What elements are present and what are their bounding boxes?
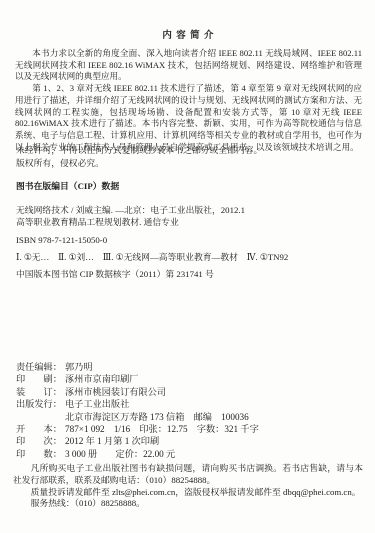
content-summary-title: 内 容 简 介 [15,27,362,41]
service-info-section: 凡所购买电子工业出版社图书有缺损问题，请向购买书店调换。若书店售缺，请与本社发行… [13,463,363,510]
printer-value: 涿州市京南印刷厂 [65,374,139,384]
cip-title-author-line: 无线网络技术 / 刘威主编. —北京：电子工业出版社，2012.1 [16,204,362,217]
editor-row: 责任编辑：郭乃明 [16,361,362,373]
binder-row: 装 订：涿州市桃园装订有限公司 [16,386,362,398]
printer-label: 印 刷： [16,373,65,385]
print-quantity-value: 3 000 册 定价：22.00 元 [65,449,175,459]
print-run-date-row: 印 次：2012 年 1 月第 1 次印刷 [16,435,362,447]
copyright-notice-section: 未经许可，不得以任何方式复制或抄袭本书之部分或全部内容。 版权所有，侵权必究。 [16,144,362,169]
publication-info-section: 责任编辑：郭乃明 印 刷：涿州市京南印刷厂 装 订：涿州市桃园装订有限公司 出版… [16,361,362,460]
binder-label: 装 订： [16,386,65,398]
format-label: 开 本： [16,423,65,435]
cip-data-section: 图书在版编目（CIP）数据 无线网络技术 / 刘威主编. —北京：电子工业出版社… [16,180,362,281]
printer-row: 印 刷：涿州市京南印刷厂 [16,373,362,385]
cip-record-number: 中国版本图书馆 CIP 数据核字（2011）第 231741 号 [16,268,362,281]
editor-label: 责任编辑： [16,361,65,373]
content-summary-section: 内 容 简 介 本书力求以全新的角度全面、深入地向读者介绍 IEEE 802.1… [15,27,362,153]
exchange-notice: 凡所购买电子工业出版社图书有缺损问题，请向购买书店调换。若书店售缺，请与本社发行… [13,463,363,487]
publisher-label: 出版发行： [16,398,65,410]
print-quantity-label: 印 数： [16,448,65,460]
cip-classification-line: Ⅰ. ①无… Ⅱ. ①刘… Ⅲ. ①无线网—高等职业教育—教材 Ⅳ. ①TN92 [16,251,362,264]
format-value: 787×1 092 1/16 印张：12.75 字数：321 千字 [65,424,259,434]
binder-value: 涿州市桃园装订有限公司 [65,387,166,397]
no-copy-notice: 未经许可，不得以任何方式复制或抄袭本书之部分或全部内容。 [16,144,362,157]
editor-value: 郭乃明 [65,362,93,372]
publisher-value: 电子工业出版社 [65,399,129,409]
publisher-row: 出版发行：电子工业出版社 [16,398,362,410]
print-run-date-value: 2012 年 1 月第 1 次印刷 [65,436,159,446]
content-summary-paragraph-1: 本书力求以全新的角度全面、深入地向读者介绍 IEEE 802.11 无线局域网、… [15,48,362,83]
cip-series-line: 高等职业教育精品工程规划教材. 通信专业 [16,216,362,229]
publisher-address-value: 北京市海淀区万寿路 173 信箱 邮编 100036 [65,412,249,422]
cip-heading: 图书在版编目（CIP）数据 [16,180,362,193]
complaint-email-line: 质量投诉请发邮件至 zlts@phei.com.cn，盗版侵权举报请发邮件至 d… [13,487,363,499]
all-rights-reserved-notice: 版权所有，侵权必究。 [16,157,362,170]
print-quantity-price-row: 印 数：3 000 册 定价：22.00 元 [16,448,362,460]
publisher-address-row: 北京市海淀区万寿路 173 信箱 邮编 100036 [16,411,362,423]
content-summary-paragraph-2: 第 1、2、3 章对无线 IEEE 802.11 技术进行了描述，第 4 章至第… [15,83,362,153]
book-copyright-page: 内 容 简 介 本书力求以全新的角度全面、深入地向读者介绍 IEEE 802.1… [0,0,375,533]
format-row: 开 本：787×1 092 1/16 印张：12.75 字数：321 千字 [16,423,362,435]
print-run-date-label: 印 次： [16,435,65,447]
isbn-number: ISBN 978-7-121-15050-0 [16,234,362,247]
service-hotline-line: 服务热线：（010）88258888。 [13,498,363,510]
